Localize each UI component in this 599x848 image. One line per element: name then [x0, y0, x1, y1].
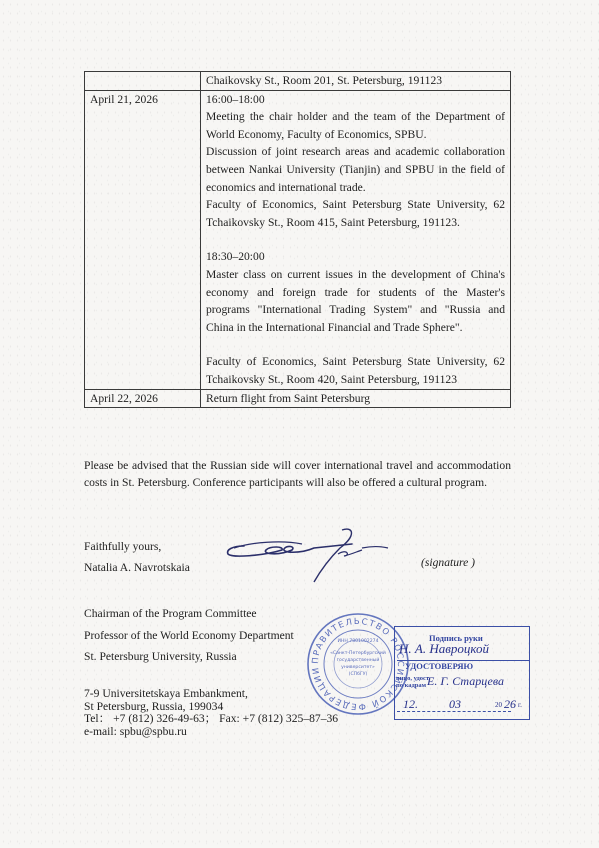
seal-center-text: университет»	[341, 665, 375, 670]
cert-month: 03	[449, 697, 461, 712]
signature-certification-stamp: Подпись руки Н. А. Навроцкой УДОСТОВЕРЯЮ…	[394, 626, 530, 720]
cert-official-label: лицо, удост. по кадрам	[396, 675, 430, 689]
event-title: Meeting the chair holder and the team of…	[206, 108, 505, 143]
date-cell: April 21, 2026	[85, 90, 201, 389]
closing-block: Faithfully yours, Natalia A. Navrotskaia	[84, 536, 190, 578]
seal-center-text: государственный	[337, 656, 380, 663]
event-description: Discussion of joint research areas and a…	[206, 143, 505, 196]
salutation: Faithfully yours,	[84, 536, 190, 557]
cert-handwritten-official: Е. Г. Старцева	[427, 674, 504, 689]
signer-titles: Chairman of the Program Committee Profes…	[84, 603, 294, 668]
signature-label: (signature )	[421, 556, 475, 569]
event-time: 16:00–18:00	[206, 91, 505, 109]
seal-center-text: «Санкт-Петербургский	[330, 649, 386, 656]
table-row: April 22, 2026 Return flight from Saint …	[85, 389, 511, 408]
cert-official-label-line: по кадрам	[396, 682, 430, 689]
title-line: Professor of the World Economy Departmen…	[84, 625, 294, 647]
event-location: Faculty of Economics, Saint Petersburg S…	[206, 196, 505, 231]
event-title: Master class on current issues in the de…	[206, 266, 505, 336]
event-text: Return flight from Saint Petersburg	[206, 390, 505, 408]
spacer	[206, 231, 505, 248]
handwritten-signature	[222, 526, 392, 586]
date-cell	[85, 72, 201, 91]
event-time: 18:30–20:00	[206, 248, 505, 266]
title-line: St. Petersburg University, Russia	[84, 646, 294, 668]
email-line: e-mail: spbu@spbu.ru	[84, 726, 338, 739]
cert-date-line	[397, 711, 511, 712]
date-cell: April 22, 2026	[85, 389, 201, 408]
table-row: Chaikovsky St., Room 201, St. Petersburg…	[85, 72, 511, 91]
location-text: Chaikovsky St., Room 201, St. Petersburg…	[206, 72, 505, 90]
cert-day: 12.	[403, 697, 418, 712]
seal-center-text: (СПбГУ)	[349, 671, 368, 677]
cert-year-suffix: 26	[504, 697, 516, 712]
phone-fax-line: Tel： +7 (812) 326-49-63； Fax: +7 (812) 3…	[84, 713, 338, 726]
detail-cell: 16:00–18:00 Meeting the chair holder and…	[201, 90, 511, 389]
cert-year-end: г.	[518, 701, 522, 709]
notice-paragraph: Please be advised that the Russian side …	[84, 457, 511, 492]
address-line: 7-9 Universitetskaya Embankment,	[84, 688, 338, 701]
event-location: Faculty of Economics, Saint Petersburg S…	[206, 353, 505, 388]
detail-cell: Chaikovsky St., Room 201, St. Petersburg…	[201, 72, 511, 91]
signer-name: Natalia A. Navrotskaia	[84, 557, 190, 578]
schedule-table: Chaikovsky St., Room 201, St. Petersburg…	[84, 71, 511, 408]
title-line: Chairman of the Program Committee	[84, 603, 294, 625]
cert-year-prefix: 20	[495, 701, 502, 709]
seal-inn-text: ИНН 7801002274	[337, 638, 378, 644]
detail-cell: Return flight from Saint Petersburg	[201, 389, 511, 408]
cert-verify-label: УДОСТОВЕРЯЮ	[405, 661, 473, 671]
spacer	[206, 336, 505, 353]
cert-official-label-line: лицо, удост.	[396, 675, 430, 682]
table-row: April 21, 2026 16:00–18:00 Meeting the c…	[85, 90, 511, 389]
cert-handwritten-name: Н. А. Навроцкой	[399, 641, 489, 657]
contact-address: 7-9 Universitetskaya Embankment, St Pete…	[84, 688, 338, 738]
